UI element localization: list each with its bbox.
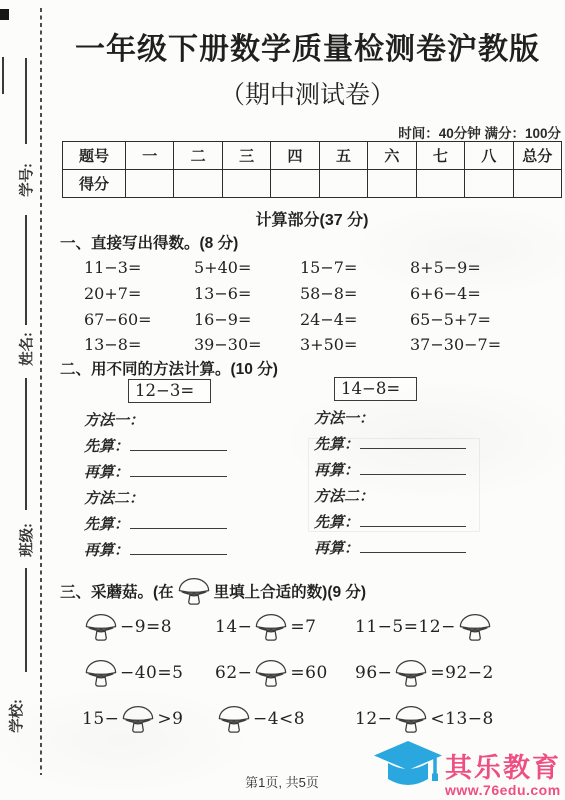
score-cell-empty (222, 170, 270, 198)
mushroom-icon (83, 610, 119, 644)
method1-label: 方法一： (314, 411, 374, 427)
student-fill-line (25, 215, 27, 325)
q3-problem: −40=5 (82, 650, 215, 696)
q2-method2-row: 方法二： (314, 484, 466, 510)
brand-url: www.76edu.com (445, 782, 561, 798)
score-cell-empty (319, 170, 367, 198)
score-header-cell: 七 (416, 142, 464, 170)
q3-problem: −9=8 (82, 604, 215, 650)
method2-label: 方法二： (84, 491, 144, 507)
mushroom-icon (393, 656, 429, 690)
mushroom-icon (253, 610, 289, 644)
q1-problem: 65−5+7= (410, 307, 560, 333)
q3-problem: −4<8 (215, 697, 355, 741)
scan-edge-mark (2, 57, 4, 94)
score-header-cell: 一 (126, 142, 174, 170)
first-calc-label: 先算： (84, 517, 129, 533)
q1-problem: 3+50= (300, 332, 410, 358)
mushroom-icon (216, 702, 252, 736)
part-title: 计算部分(37 分) (62, 207, 562, 230)
method2-label: 方法二： (314, 489, 374, 505)
q3-problem-text: −9=8 (120, 617, 172, 637)
then-calc-label: 再算： (84, 465, 129, 481)
score-header-cell: 题号 (63, 142, 126, 170)
exam-meta: 时间：40分钟 满分：100分 (55, 122, 561, 142)
score-row-label: 得分 (63, 170, 126, 198)
score-cell-empty (416, 170, 464, 198)
method1-label: 方法一： (84, 413, 144, 429)
answer-blank-line (130, 437, 227, 451)
q2-first-row: 先算： (314, 510, 466, 536)
then-calc-label: 再算： (314, 463, 359, 479)
first-calc-label: 先算： (84, 439, 129, 455)
q2-method1-row: 方法一： (84, 408, 227, 434)
q1-problem: 8+5−9= (410, 255, 560, 281)
student-class-label: 班级: (16, 523, 37, 557)
q2-method-column: 方法一： 先算： 再算： 方法二： 先算： 再算： (84, 408, 227, 564)
answer-blank-line (360, 513, 466, 527)
q3-problem-row: −40=5 62−=60 96−=92−2 (82, 650, 560, 696)
score-header-cell: 三 (222, 142, 270, 170)
q3-problem: 12−<13−8 (355, 697, 560, 741)
q1-problem: 5+40= (194, 255, 300, 281)
answer-blank-line (360, 539, 466, 553)
score-table-score-row: 得分 (63, 170, 562, 198)
q1-problem: 67−60= (84, 307, 194, 333)
q2-first-row: 先算： (314, 432, 466, 458)
q3-problem-text: 14− (215, 617, 252, 637)
q3-heading-pre: 三、采蘑菇。(在 (60, 580, 174, 602)
brand-logo: 其乐教育 www.76edu.com (371, 738, 565, 800)
q1-problem: 13−8= (84, 332, 194, 358)
then-calc-label: 再算： (314, 541, 359, 557)
q3-problem-row: −9=8 14−=7 11−5=12− (82, 604, 560, 650)
score-header-cell: 六 (368, 142, 416, 170)
q2-problem-box: 14−8= (334, 377, 417, 401)
q2-method2-row: 方法二： (84, 486, 227, 512)
then-calc-label: 再算： (84, 543, 129, 559)
score-cell-empty (126, 170, 174, 198)
q1-problem: 39−30= (194, 332, 300, 358)
answer-blank-line (130, 541, 227, 555)
q1-heading: 一、直接写出得数。(8 分) (60, 231, 238, 253)
answer-blank-line (130, 463, 227, 477)
q1-problem: 24−4= (300, 307, 410, 333)
q3-problem: 11−5=12− (355, 604, 560, 650)
q3-problem-text: −4<8 (253, 709, 305, 729)
q1-problem: 58−8= (300, 281, 410, 307)
q3-problem-text: 15− (82, 709, 119, 729)
student-fill-line (25, 378, 27, 510)
q3-problem-text: >9 (157, 709, 183, 729)
q3-problem: 15−>9 (82, 697, 215, 741)
q2-then-row: 再算： (314, 458, 466, 484)
student-id-label: 学号: (16, 163, 37, 197)
first-calc-label: 先算： (314, 515, 359, 531)
score-table: 题号 一 二 三 四 五 六 七 八 总分 得分 (62, 141, 562, 198)
student-fill-line (25, 568, 27, 672)
scan-corner-mark (0, 9, 9, 20)
q3-problem-text: =7 (290, 617, 316, 637)
score-header-cell: 四 (271, 142, 319, 170)
mushroom-icon (253, 656, 289, 690)
score-header-cell: 二 (174, 142, 222, 170)
q3-problem-text: <13−8 (430, 709, 493, 729)
q3-problem: 14−=7 (215, 604, 355, 650)
q2-then-row: 再算： (84, 460, 227, 486)
score-cell-empty (465, 170, 513, 198)
brand-name: 其乐教育 (445, 754, 561, 782)
q2-then-row: 再算： (84, 538, 227, 564)
q1-problem-grid: 11−3= 5+40= 15−7= 8+5−9= 20+7= 13−6= 58−… (84, 255, 560, 358)
score-cell-empty (513, 170, 562, 198)
q1-problem: 6+6−4= (410, 281, 560, 307)
exam-paper-page: 学号: 姓名: 班级: 学校: 一年级下册数学质量检测卷沪教版 （期中测试卷） … (0, 0, 565, 800)
mushroom-icon (393, 702, 429, 736)
q1-problem: 11−3= (84, 255, 194, 281)
brand-text-block: 其乐教育 www.76edu.com (445, 754, 565, 800)
mushroom-icon (120, 702, 156, 736)
q3-problem-text: 96− (355, 663, 392, 683)
score-cell-empty (174, 170, 222, 198)
q2-heading: 二、用不同的方法计算。(10 分) (60, 357, 278, 379)
paper-title: 一年级下册数学质量检测卷沪教版 (55, 24, 560, 68)
student-fill-line (25, 58, 27, 144)
score-cell-empty (368, 170, 416, 198)
q1-problem: 15−7= (300, 255, 410, 281)
answer-blank-line (130, 515, 227, 529)
q3-problem-text: =92−2 (430, 663, 493, 683)
q2-method-column: 方法一： 先算： 再算： 方法二： 先算： 再算： (314, 406, 466, 562)
student-school-label: 学校: (6, 699, 27, 733)
student-name-label: 姓名: (16, 332, 37, 366)
q3-problem-text: 12− (355, 709, 392, 729)
q3-problem-text: =60 (290, 663, 327, 683)
q1-problem: 37−30−7= (410, 332, 560, 358)
q3-problem-row: 15−>9 −4<8 12−<13−8 (82, 697, 560, 741)
score-table-header-row: 题号 一 二 三 四 五 六 七 八 总分 (63, 142, 562, 170)
q3-heading-post: 里填上合适的数)(9 分) (214, 580, 366, 602)
q2-then-row: 再算： (314, 536, 466, 562)
paper-subtitle: （期中测试卷） (55, 75, 560, 111)
score-header-cell: 五 (319, 142, 367, 170)
score-cell-empty (271, 170, 319, 198)
q3-problem: 96−=92−2 (355, 650, 560, 696)
q1-problem: 20+7= (84, 281, 194, 307)
q3-problem-text: 62− (215, 663, 252, 683)
answer-blank-line (360, 461, 466, 475)
score-header-cell: 总分 (513, 142, 562, 170)
graduation-cap-icon (371, 738, 445, 800)
q2-first-row: 先算： (84, 434, 227, 460)
q3-problem: 62−=60 (215, 650, 355, 696)
q2-first-row: 先算： (84, 512, 227, 538)
q1-problem: 16−9= (194, 307, 300, 333)
first-calc-label: 先算： (314, 437, 359, 453)
mushroom-icon (83, 656, 119, 690)
q2-method1-row: 方法一： (314, 406, 466, 432)
q3-problem-text: −40=5 (120, 663, 183, 683)
q2-problem-box: 12−3= (128, 379, 211, 403)
score-header-cell: 八 (465, 142, 513, 170)
q3-problem-text: 11−5=12− (355, 617, 456, 637)
mushroom-icon (457, 610, 493, 644)
answer-blank-line (360, 435, 466, 449)
q1-problem: 13−6= (194, 281, 300, 307)
seal-dashed-line (40, 8, 42, 775)
